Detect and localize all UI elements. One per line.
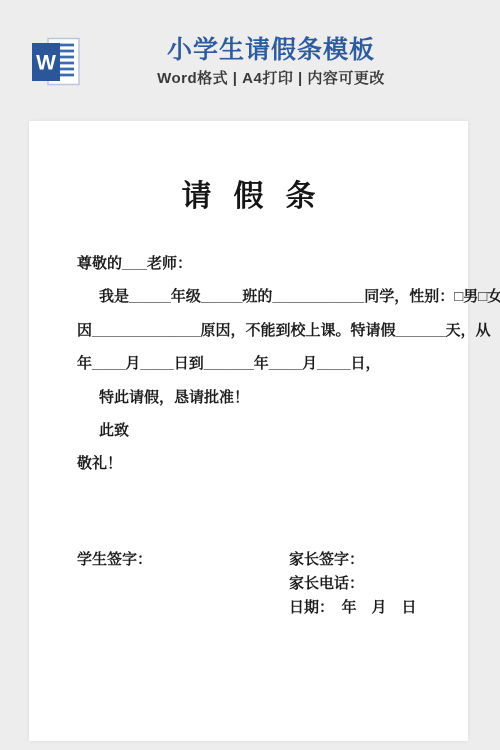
parent-signature-label: 家长签字： [289,548,417,572]
regards-line: 敬礼！ [77,447,446,480]
student-signature-label: 学生签字： [77,548,152,572]
date-label: 日期： 年 月 日 [289,596,417,620]
header-text: 小学生请假条模板 Word格式 | A4打印 | 内容可更改 [42,36,500,88]
salute-line: 此致 [77,414,446,447]
document-title: 请假条 [29,179,468,215]
document-page: 请假条 尊敬的___老师： 我是_____年级_____班的__________… [29,121,468,741]
parent-signature-block: 家长签字： 家长电话： 日期： 年 月 日 [289,548,417,620]
reason-line: 因_____________原因，不能到校上课。特请假______天，从 [77,314,446,347]
greeting-line: 尊敬的___老师： [77,247,446,280]
template-preview: W 小学生请假条模板 Word格式 | A4打印 | 内容可更改 请假条 尊敬的… [0,0,500,750]
document-body: 尊敬的___老师： 我是_____年级_____班的___________同学，… [77,247,446,481]
request-line: 特此请假，恳请批准！ [77,381,446,414]
parent-phone-label: 家长电话： [289,572,417,596]
date-range-line: 年____月____日到______年____月____日， [77,347,446,380]
header: W 小学生请假条模板 Word格式 | A4打印 | 内容可更改 [0,0,500,121]
student-info-line: 我是_____年级_____班的___________同学，性别：□男□女， [77,280,446,313]
header-subtitle: Word格式 | A4打印 | 内容可更改 [42,70,500,88]
page-title: 小学生请假条模板 [42,36,500,64]
